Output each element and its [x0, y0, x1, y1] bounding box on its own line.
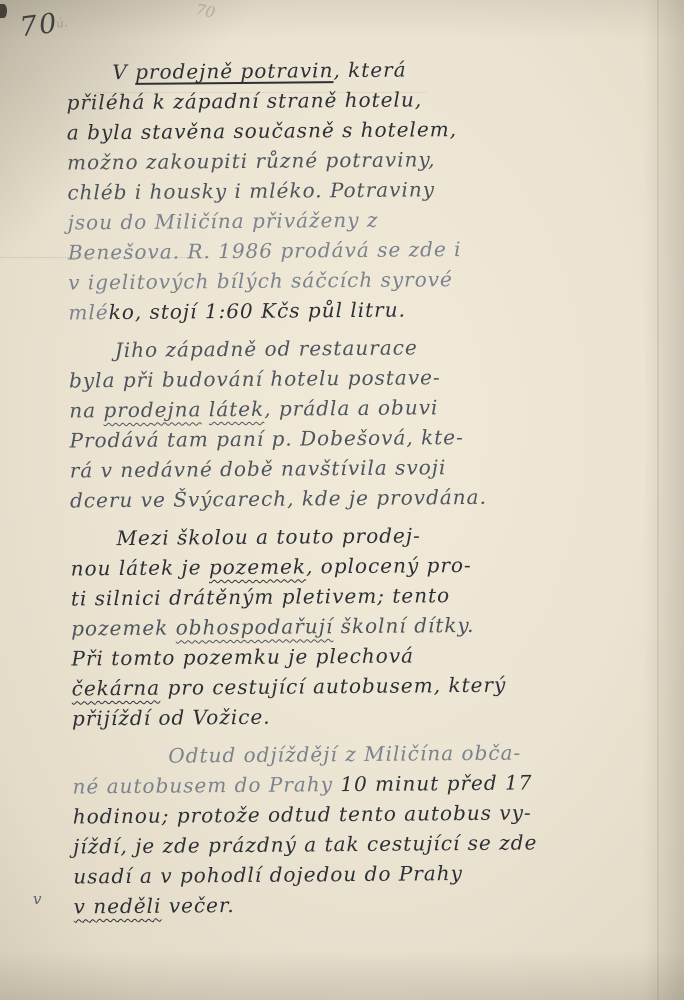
manuscript-line: Mezi školou a touto prodej- [70, 519, 636, 554]
manuscript-line: ti silnici drátěným pletivem; tento [71, 579, 637, 614]
underlined-text: pozemek [209, 554, 306, 579]
faded-ink-text: mlé [68, 300, 108, 324]
underlined-text: v neděli [74, 894, 162, 919]
manuscript-line: v neděli večer. [73, 887, 639, 922]
manuscript-line: dceru ve Švýcarech, kde je provdána. [70, 481, 636, 516]
manuscript-line: usadí a v pohodlí dojedou do Prahy [73, 857, 639, 892]
manuscript-line: rá v nedávné době navštívila svoji [70, 451, 636, 486]
pencil-mark: 70 [194, 0, 216, 22]
manuscript-line: mléko, stojí 1:60 Kčs půl litru. [68, 293, 634, 328]
manuscript-line: pozemek obhospodařují školní dítky. [71, 609, 637, 644]
manuscript-line: byla při budování hotelu postave- [69, 361, 635, 396]
manuscript-line: na prodejna látek, prádla a obuvi [69, 391, 635, 426]
underlined-text: prodejna [103, 397, 201, 422]
manuscript-line: hodinou; protože odtud tento autobus vy- [73, 797, 639, 832]
manuscript-line: čekárna pro cestující autobusem, který [72, 669, 638, 704]
page-number: 70 [18, 8, 60, 43]
scan-edge-mark [0, 4, 7, 18]
manuscript-line: jíždí, je zde prázdný a tak cestující se… [73, 827, 639, 862]
manuscript-line: V prodejně potravin, která [66, 53, 632, 88]
manuscript-line: Jiho západně od restaurace [69, 331, 635, 366]
manuscript-line: přiléhá k západní straně hotelu, [66, 83, 632, 118]
margin-mark: v [33, 890, 41, 908]
page-edge [657, 0, 659, 1000]
chronicle-page-scan: 70 ú. 70 V prodejně potravin, kterápřilé… [0, 0, 684, 1000]
manuscript-line: né autobusem do Prahy 10 minut před 17 [72, 767, 638, 802]
manuscript-line: v igelitových bílých sáčcích syrové [68, 263, 634, 298]
underlined-text: čekárna [72, 676, 161, 701]
manuscript-paragraph: Mezi školou a touto prodej-nou látek je … [70, 519, 638, 734]
manuscript-line: nou látek je pozemek, oplocený pro- [71, 549, 637, 584]
manuscript-line: Benešova. R. 1986 prodává se zde i [68, 233, 634, 268]
manuscript-line: možno zakoupiti různé potraviny, [67, 143, 633, 178]
underlined-text: obhospodařují [176, 614, 334, 639]
manuscript-line: a byla stavěna současně s hotelem, [67, 113, 633, 148]
manuscript-line: jsou do Miličína přiváženy z [68, 203, 634, 238]
manuscript-line: chléb i housky i mléko. Potraviny [67, 173, 633, 208]
manuscript-paragraph: V prodejně potravin, kterápřiléhá k zápa… [66, 53, 634, 328]
manuscript-line: přijíždí od Vožice. [72, 699, 638, 734]
underlined-text: látek [209, 397, 265, 421]
faded-ink-text: né autobusem do Prahy [72, 772, 340, 798]
manuscript-line: Při tomto pozemku je plechová [71, 639, 637, 674]
pencil-mark: ú. [55, 15, 69, 31]
manuscript-paragraph: Odtud odjíždějí z Miličína obča-né autob… [72, 737, 640, 922]
manuscript-paragraph: Jiho západně od restauracebyla při budov… [69, 331, 637, 516]
underlined-text: prodejně potravin [135, 58, 333, 84]
manuscript-line: Prodává tam paní p. Dobešová, kte- [69, 421, 635, 456]
manuscript-line: Odtud odjíždějí z Miličína obča- [72, 737, 638, 772]
manuscript: V prodejně potravin, kterápřiléhá k zápa… [66, 53, 640, 930]
